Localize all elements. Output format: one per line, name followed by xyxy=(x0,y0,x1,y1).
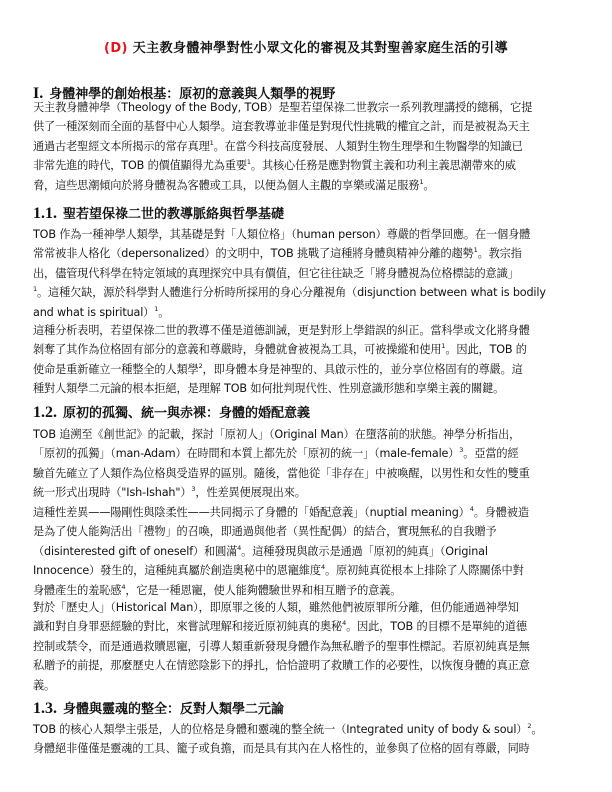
text-run: ，它是一種恩寵，使人能夠體驗世界和相互贈予的意義。 xyxy=(125,584,401,597)
text-run: 通過古老聖經文本所揭示的常存真理 xyxy=(33,140,210,153)
text-run: 。因此，TOB 的 xyxy=(445,343,526,356)
text-line: 1。這種欠缺，源於科學對人體進行分析時所採用的身心分離視角（disjunctio… xyxy=(33,283,583,302)
text-run: 。這種發現與啟示是通過「原初的純真」（Original xyxy=(241,545,488,558)
section-heading-1-3: 1.3.身體與靈魂的整全：反對人類學二元論 xyxy=(33,698,284,718)
text-line: 天主教身體神學（Theology of the Body, TOB）是聖若望保祿… xyxy=(33,98,583,117)
text-run: 。在當今科技高度發展、人類對生物生理學和生物醫學的知識已 xyxy=(214,140,523,153)
paragraph-1-2-b: 這種性差異——陽剛性與陰柔性——共同揭示了身體的「婚配意義」（nuptial m… xyxy=(33,503,583,600)
paragraph-1-2-c: 對於「歷史人」（Historical Man），即原罪之後的人類，雖然他們被原罪… xyxy=(33,598,583,695)
section-number: 1.1. xyxy=(33,205,57,222)
title-text: 天主教身體神學對性小眾文化的審視及其對聖善家庭生活的引導 xyxy=(128,41,508,56)
text-run: 「原初的孤獨」（man-Adam）在時間和本質上都先於「原初的統一」（male-… xyxy=(33,447,459,460)
text-run: 使命是重新確立一種整全的人類學 xyxy=(33,363,199,376)
paragraph-intro: 天主教身體神學（Theology of the Body, TOB）是聖若望保祿… xyxy=(33,98,583,195)
text-run: and what is spiritual） xyxy=(33,306,154,319)
text-run: 。因此，TOB 的目標不是單純的道德 xyxy=(346,620,527,633)
section-title: 身體與靈魂的整全：反對人類學二元論 xyxy=(63,702,284,717)
text-line: TOB 追溯至《創世記》的記載，探討「原初人」（Original Man）在墮落… xyxy=(33,425,583,444)
text-line: 驗首先確立了人類作為位格與受造界的區別。隨後，當他從「非存在」中被喚醒，以男性和… xyxy=(33,464,583,483)
text-line: 統一形式出現時（"Ish-Ishah"）3，性差異便展現出來。 xyxy=(33,483,583,502)
text-run: 這種性差異——陽剛性與陰柔性——共同揭示了身體的「婚配意義」（nuptial m… xyxy=(33,506,470,519)
text-line: TOB 作為一種神學人類學，其基礎是對「人類位格」（human person）尊… xyxy=(33,225,583,244)
text-line: 出，儘管現代科學在特定領域的真理探究中具有價值，但它往往缺乏「將身體視為位格標誌… xyxy=(33,264,583,283)
text-line: 義。 xyxy=(33,676,583,695)
text-line: 通過古老聖經文本所揭示的常存真理1。在當今科技高度發展、人類對生物生理學和生物醫… xyxy=(33,137,583,156)
text-line: 這種性差異——陽剛性與陰柔性——共同揭示了身體的「婚配意義」（nuptial m… xyxy=(33,503,583,522)
text-line: TOB 的核心人類學主張是，人的位格是身體和靈魂的整全統一（Integrated… xyxy=(33,720,583,739)
text-line: 種對人類學二元論的根本拒絕，是理解 TOB 如何批判現代性、性別意識形態和享樂主… xyxy=(33,379,583,398)
text-line: 識和對自身罪惡經驗的對比，來嘗試理解和接近原初純真的奧秘4。因此，TOB 的目標… xyxy=(33,617,583,636)
text-line: （disinterested gift of oneself）和圓滿4。這種發現… xyxy=(33,542,583,561)
section-heading-1-1: 1.1.聖若望保祿二世的教導脈絡與哲學基礎 xyxy=(33,203,284,223)
text-run: ，性差異便展現出來。 xyxy=(195,486,305,499)
text-line: 常常被非人格化（depersonalized）的文明中，TOB 挑戰了這種將身體… xyxy=(33,244,583,263)
text-line: 剝奪了其作為位格固有部分的意義和尊嚴時，身體就會被視為工具，可被操縱和使用1。因… xyxy=(33,340,583,359)
text-run: 。 xyxy=(531,723,542,736)
text-run: （disinterested gift of oneself）和圓滿 xyxy=(33,545,237,558)
text-run: 統一形式出現時（"Ish-Ishah"） xyxy=(33,486,191,499)
text-run: TOB 的核心人類學主張是，人的位格是身體和靈魂的整全統一（Integrated… xyxy=(33,723,527,736)
text-run: 。原初純真從根本上排除了人際關係中對 xyxy=(325,564,524,577)
text-run: 。 xyxy=(423,179,434,192)
text-run: ，即身體本身是神聖的、具啟示性的，並分享位格固有的尊嚴。這 xyxy=(203,363,523,376)
text-line: 供了一種深刻而全面的基督中心人類學。這套教導並非僅是對現代性挑戰的權宜之計，而是… xyxy=(33,117,583,136)
paragraph-1-1-b: 這種分析表明，若望保祿二世的教導不僅是道德訓誡，更是對形上學錯誤的糾正。當科學或… xyxy=(33,321,583,399)
text-line: 脅，這些思潮傾向於將身體視為客體或工具，以便為個人主觀的享樂或滿足服務1。 xyxy=(33,176,583,195)
text-run: 。亞當的經 xyxy=(463,447,518,460)
text-line: 這種分析表明，若望保祿二世的教導不僅是道德訓誡，更是對形上學錯誤的糾正。當科學或… xyxy=(33,321,583,340)
document-page: (D) 天主教身體神學對性小眾文化的審視及其對聖善家庭生活的引導 I.身體神學的… xyxy=(0,0,612,792)
section-title: 原初的孤獨、統一與赤裸：身體的婚配意義 xyxy=(63,406,310,421)
document-title: (D) 天主教身體神學對性小眾文化的審視及其對聖善家庭生活的引導 xyxy=(0,37,612,56)
text-line: 「原初的孤獨」（man-Adam）在時間和本質上都先於「原初的統一」（male-… xyxy=(33,444,583,463)
text-line: Innocence）發生的，這種純真屬於創造奧秘中的恩寵維度4。原初純真從根本上… xyxy=(33,561,583,580)
text-line: 使命是重新確立一種整全的人類學2，即身體本身是神聖的、具啟示性的，並分享位格固有… xyxy=(33,360,583,379)
text-run: 。其核心任務是應對物質主義和功利主義思潮帶來的威 xyxy=(251,159,516,172)
text-run: 非常先進的時代，TOB 的價值顯得尤為重要 xyxy=(33,159,247,172)
text-line: 對於「歷史人」（Historical Man），即原罪之後的人類，雖然他們被原罪… xyxy=(33,598,583,617)
section-heading-1-2: 1.2.原初的孤獨、統一與赤裸：身體的婚配意義 xyxy=(33,402,310,422)
text-line: 非常先進的時代，TOB 的價值顯得尤為重要1。其核心任務是應對物質主義和功利主義… xyxy=(33,156,583,175)
section-number: 1.3. xyxy=(33,700,57,717)
text-run: 。 xyxy=(158,306,169,319)
paragraph-1-2-a: TOB 追溯至《創世記》的記載，探討「原初人」（Original Man）在墮落… xyxy=(33,425,583,503)
paragraph-1-1-a: TOB 作為一種神學人類學，其基礎是對「人類位格」（human person）尊… xyxy=(33,225,583,322)
text-run: 剝奪了其作為位格固有部分的意義和尊嚴時，身體就會被視為工具，可被操縱和使用 xyxy=(33,343,441,356)
text-run: 。這種欠缺，源於科學對人體進行分析時所採用的身心分離視角（disjunction… xyxy=(37,286,546,299)
section-title: 聖若望保祿二世的教導脈絡與哲學基礎 xyxy=(63,207,284,222)
text-line: 私贈予的前提，那麼歷史人在情慾陰影下的掙扎，恰恰證明了救贖工作的必要性，以恢復身… xyxy=(33,656,583,675)
text-run: 身體產生的羞恥感 xyxy=(33,584,121,597)
text-run: 。教宗指 xyxy=(478,247,522,260)
text-line: and what is spiritual）1。 xyxy=(33,303,583,322)
paragraph-1-3-a: TOB 的核心人類學主張是，人的位格是身體和靈魂的整全統一（Integrated… xyxy=(33,720,583,759)
text-run: Innocence）發生的，這種純真屬於創造奧秘中的恩寵維度 xyxy=(33,564,321,577)
text-line: 身體絕非僅僅是靈魂的工具、籠子或負擔，而是具有其內在人格性的，並參與了位格的固有… xyxy=(33,739,583,758)
text-line: 是為了使人能夠活出「禮物」的召喚，即通過與他者（異性配偶）的結合，實現無私的自我… xyxy=(33,522,583,541)
text-run: 常常被非人格化（depersonalized）的文明中，TOB 挑戰了這種將身體… xyxy=(33,247,474,260)
text-run: 脅，這些思潮傾向於將身體視為客體或工具，以便為個人主觀的享樂或滿足服務 xyxy=(33,179,419,192)
text-run: 識和對自身罪惡經驗的對比，來嘗試理解和接近原初純真的奧秘 xyxy=(33,620,342,633)
text-line: 控制或禁令，而是通過救贖恩寵，引導人類重新發現身體作為無私贈予的聖事性標記。若原… xyxy=(33,637,583,656)
section-number: 1.2. xyxy=(33,404,57,421)
text-run: 。身體被造 xyxy=(474,506,529,519)
title-label: (D) xyxy=(104,41,128,56)
